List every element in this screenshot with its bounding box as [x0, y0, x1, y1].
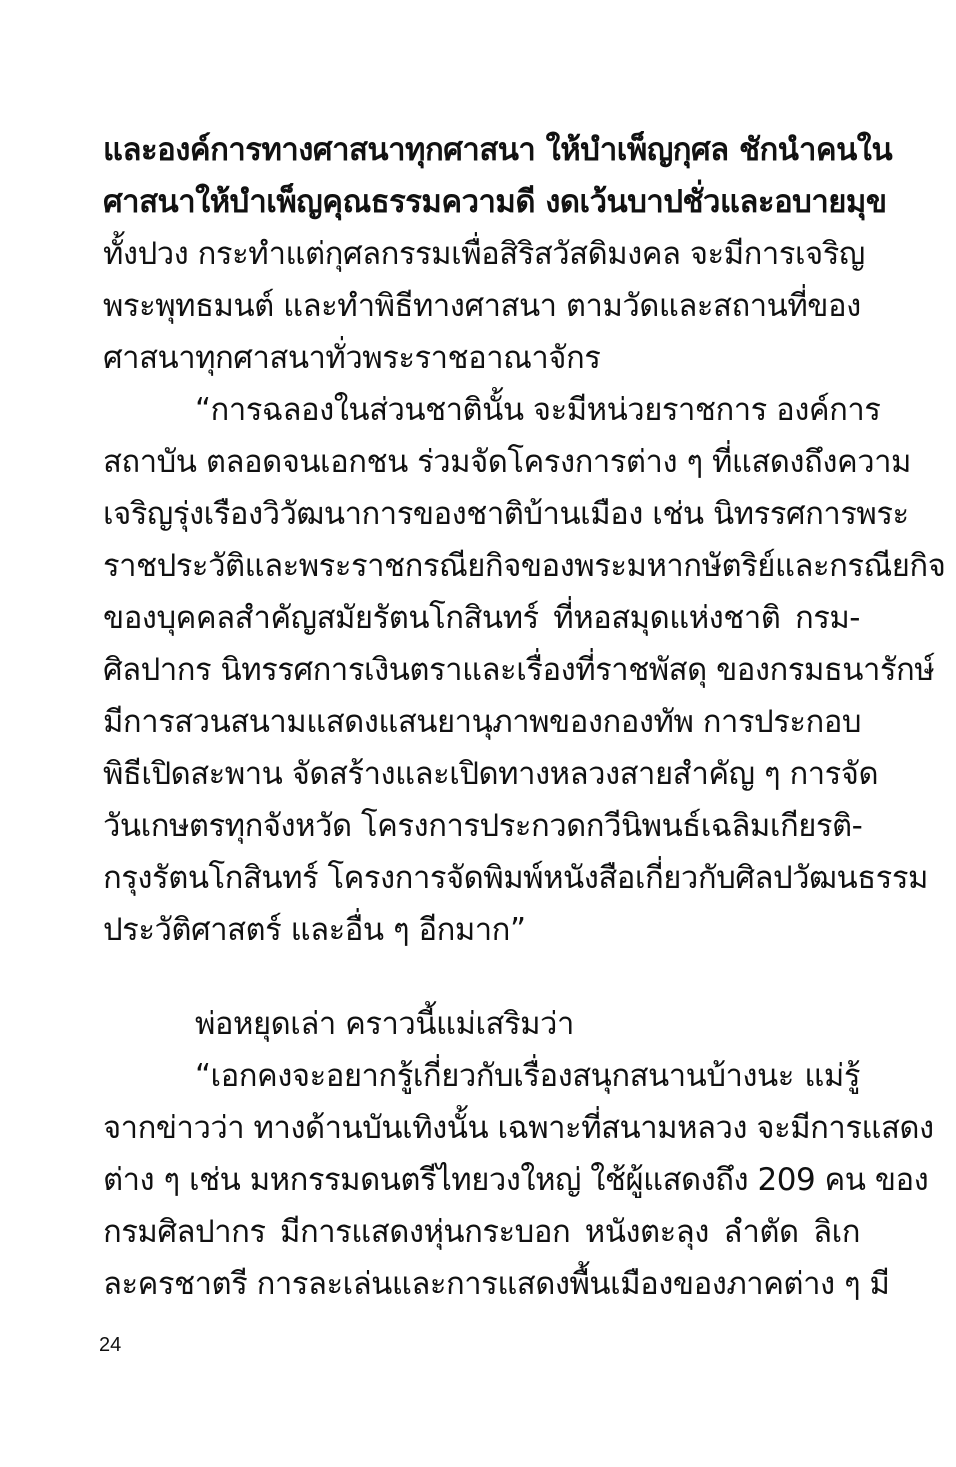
text-line: ประวัติศาสตร์ และอื่น ๆ อีกมาก”	[103, 904, 860, 956]
text-line: “เอกคงจะอยากรู้เกี่ยวกับเรื่องสนุกสนานบ้…	[195, 1050, 860, 1102]
text-line: ราชประวัติและพระราชกรณียกิจของพระมหากษัต…	[103, 540, 860, 592]
book-page: และองค์การทางศาสนาทุกศาสนา ให้บำเพ็ญกุศล…	[0, 0, 956, 1467]
text-line: ละครชาตรี การละเล่นและการแสดงพื้นเมืองขอ…	[103, 1258, 860, 1310]
text-line: ศาสนาให้บำเพ็ญคุณธรรมความดี งดเว้นบาปชั่…	[103, 176, 860, 228]
text-line: ของบุคคลสำคัญสมัยรัตนโกสินทร์ ที่หอสมุดแ…	[103, 592, 860, 644]
text-line: “การฉลองในส่วนชาตินั้น จะมีหน่วยราชการ อ…	[195, 384, 860, 436]
text-line: กรมศิลปากร มีการแสดงหุ่นกระบอก หนังตะลุง…	[103, 1206, 860, 1258]
text-line: ศาสนาทุกศาสนาทั่วพระราชอาณาจักร	[103, 332, 860, 384]
text-line: มีการสวนสนามแสดงแสนยานุภาพของกองทัพ การป…	[103, 696, 860, 748]
text-line: กรุงรัตนโกสินทร์ โครงการจัดพิมพ์หนังสือเ…	[103, 852, 860, 904]
text-line: และองค์การทางศาสนาทุกศาสนา ให้บำเพ็ญกุศล…	[103, 124, 860, 176]
text-line: ศิลปากร นิทรรศการเงินตราและเรื่องที่ราชพ…	[103, 644, 860, 696]
text-line: วันเกษตรทุกจังหวัด โครงการประกวดกวีนิพนธ…	[103, 800, 860, 852]
text-line: ทั้งปวง กระทำแต่กุศลกรรมเพื่อสิริสวัสดิม…	[103, 228, 860, 280]
text-line: สถาบัน ตลอดจนเอกชน ร่วมจัดโครงการต่าง ๆ …	[103, 436, 860, 488]
text-line: พิธีเปิดสะพาน จัดสร้างและเปิดทางหลวงสายส…	[103, 748, 860, 800]
text-line: เจริญรุ่งเรืองวิวัฒนาการของชาติบ้านเมือง…	[103, 488, 860, 540]
page-number: 24	[99, 1333, 121, 1357]
text-line: ต่าง ๆ เช่น มหกรรมดนตรีไทยวงใหญ่ ใช้ผู้แ…	[103, 1154, 860, 1206]
text-line: จากข่าวว่า ทางด้านบันเทิงนั้น เฉพาะที่สน…	[103, 1102, 860, 1154]
text-line: พระพุทธมนต์ และทำพิธีทางศาสนา ตามวัดและส…	[103, 280, 860, 332]
text-line: พ่อหยุดเล่า คราวนี้แม่เสริมว่า	[195, 998, 860, 1050]
